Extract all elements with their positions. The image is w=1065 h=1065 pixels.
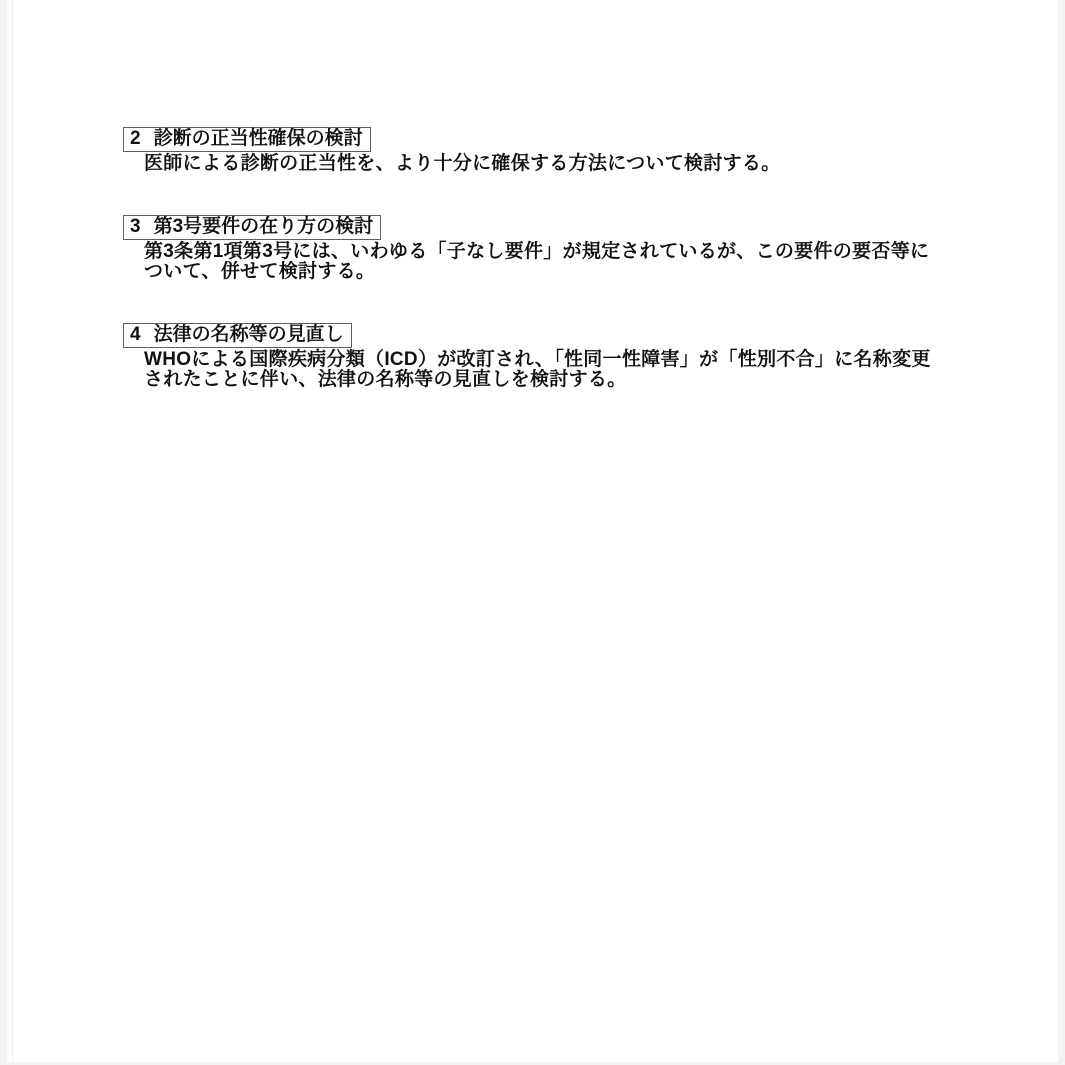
section-heading-box: 3第3号要件の在り方の検討 [123, 215, 381, 240]
section-body-text: 医師による診断の正当性を、より十分に確保する方法について検討する。 [144, 154, 943, 174]
viewer-right-gutter [1058, 0, 1065, 1065]
section-title: 診断の正当性確保の検討 [154, 128, 363, 149]
section-third-requirement: 3第3号要件の在り方の検討 第3条第1項第3号には、いわゆる「子なし要件」が規定… [123, 215, 963, 282]
section-title: 法律の名称等の見直し [154, 324, 344, 345]
page-edge-line [12, 0, 13, 1065]
section-number: 2 [130, 129, 141, 149]
section-number: 4 [130, 325, 141, 345]
document-content: 2診断の正当性確保の検討 医師による診断の正当性を、より十分に確保する方法につい… [123, 127, 963, 431]
document-page: 2診断の正当性確保の検討 医師による診断の正当性を、より十分に確保する方法につい… [13, 0, 1058, 1062]
section-title: 第3号要件の在り方の検討 [154, 216, 374, 237]
section-body-text: 第3条第1項第3号には、いわゆる「子なし要件」が規定されているが、この要件の要否… [144, 242, 943, 282]
section-number: 3 [130, 217, 141, 237]
section-body-text: WHOによる国際疾病分類（ICD）が改訂され、「性同一性障害」が「性別不合」に名… [144, 350, 943, 390]
section-heading-box: 4法律の名称等の見直し [123, 323, 352, 348]
section-heading-box: 2診断の正当性確保の検討 [123, 127, 371, 152]
section-diagnosis-validity: 2診断の正当性確保の検討 医師による診断の正当性を、より十分に確保する方法につい… [123, 127, 963, 174]
viewer-left-gutter [0, 0, 7, 1065]
section-law-name-review: 4法律の名称等の見直し WHOによる国際疾病分類（ICD）が改訂され、「性同一性… [123, 323, 963, 390]
